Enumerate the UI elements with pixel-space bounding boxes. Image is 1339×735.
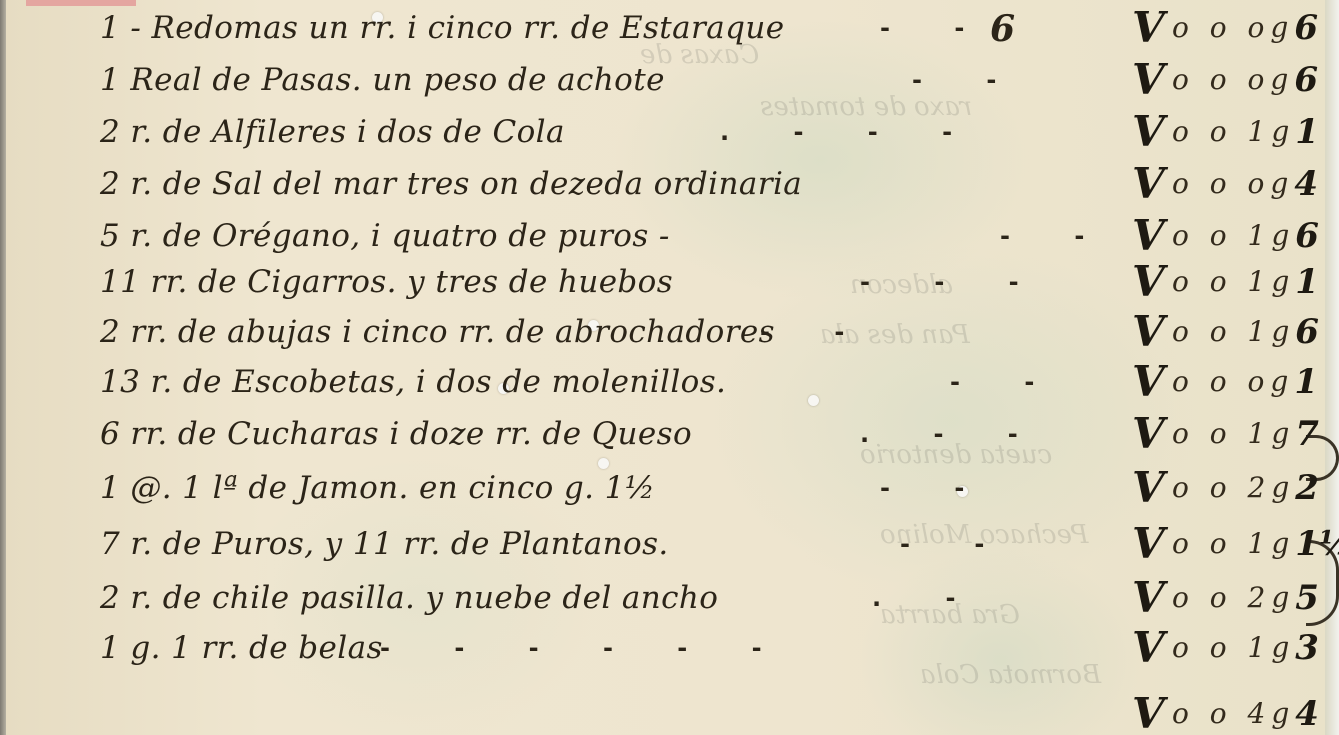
entry-dashes: - -: [1000, 212, 1112, 260]
manuscript-page: Caxas de raxo de tomates aldecon Pan des…: [0, 0, 1339, 735]
ledger-row: 1 Real de Pasas. un peso de achote - - V…: [0, 56, 1339, 104]
entry-dashes: - -: [880, 4, 992, 52]
entry-description: 1 Real de Pasas. un peso de achote: [100, 56, 665, 104]
entry-amount: Vo o 1g1: [1132, 108, 1322, 156]
entry-amount: Vo o 1g6: [1132, 308, 1322, 356]
amount-zeros: o o 2: [1172, 574, 1271, 622]
amount-separator: g: [1270, 56, 1294, 104]
entry-dashes: - - - - - -: [380, 624, 790, 672]
entry-dashes: . - -: [860, 410, 1046, 458]
checkmark-icon: V: [1132, 4, 1172, 52]
entry-amount: Vo o og6: [1132, 56, 1322, 104]
amount-value: 3: [1295, 624, 1319, 672]
entry-amount: Vo o 1g1½: [1132, 520, 1322, 568]
ledger-row: Vo o 4g4: [0, 690, 1339, 735]
checkmark-icon: V: [1132, 410, 1172, 458]
entry-amount: Vo o og6: [1132, 4, 1322, 52]
amount-value: 1: [1294, 358, 1318, 406]
ledger-row: 5 r. de Orégano, i quatro de puros - - -…: [0, 212, 1339, 260]
amount-separator: g: [1270, 4, 1294, 52]
entry-description: 2 r. de Alfileres i dos de Cola: [100, 108, 565, 156]
checkmark-icon: V: [1132, 690, 1172, 735]
checkmark-icon: V: [1132, 56, 1172, 104]
entry-description: 2 rr. de abujas i cinco rr. de abrochado…: [100, 308, 775, 356]
entry-description: 1 @. 1 lª de Jamon. en cinco g. 1½: [100, 464, 655, 512]
entry-dashes: - -: [950, 358, 1062, 406]
entry-dashes: - -: [912, 56, 1024, 104]
amount-value: 2: [1295, 464, 1319, 512]
amount-separator: g: [1271, 258, 1295, 306]
entry-amount: Vo o 2g2: [1132, 464, 1322, 512]
entry-amount: Vo o 1g7: [1132, 410, 1322, 458]
checkmark-icon: V: [1132, 160, 1172, 208]
ledger-row: 7 r. de Puros, y 11 rr. de Plantanos. - …: [0, 520, 1339, 568]
amount-value: 7: [1295, 410, 1319, 458]
amount-zeros: o o 1: [1172, 308, 1271, 356]
ledger-row: 2 r. de chile pasilla. y nuebe del ancho…: [0, 574, 1339, 622]
entry-description: 5 r. de Orégano, i quatro de puros -: [100, 212, 670, 260]
entry-dashes: - -: [880, 464, 992, 512]
entry-description: 13 r. de Escobetas, i dos de molenillos.: [100, 358, 726, 406]
checkmark-icon: V: [1132, 358, 1172, 406]
entry-dashes: . -: [872, 574, 983, 622]
amount-zeros: o o 2: [1172, 464, 1271, 512]
entry-description: 2 r. de Sal del mar tres on dezeda ordin…: [100, 160, 802, 208]
amount-separator: g: [1271, 464, 1295, 512]
amount-zeros: o o 1: [1172, 212, 1271, 260]
amount-value: 1½: [1295, 520, 1339, 568]
amount-separator: g: [1270, 160, 1294, 208]
entry-dashes: . - - -: [720, 108, 980, 156]
amount-zeros: o o o: [1172, 160, 1270, 208]
amount-separator: g: [1271, 410, 1295, 458]
amount-value: 6: [1294, 4, 1318, 52]
ledger-row: 2 r. de Alfileres i dos de Cola . - - - …: [0, 108, 1339, 156]
amount-separator: g: [1271, 574, 1295, 622]
amount-zeros: o o 1: [1172, 624, 1271, 672]
amount-value: 1: [1295, 258, 1319, 306]
entry-amount: Vo o 1g3: [1132, 624, 1322, 672]
amount-zeros: o o 1: [1172, 410, 1271, 458]
entry-amount: Vo o 4g4: [1132, 690, 1322, 735]
amount-value: 6: [1295, 308, 1319, 356]
checkmark-icon: V: [1132, 574, 1172, 622]
amount-separator: g: [1271, 212, 1295, 260]
amount-value: 4: [1294, 160, 1318, 208]
entry-description: 11 rr. de Cigarros. y tres de huebos: [100, 258, 673, 306]
entry-amount: Vo o 2g5: [1132, 574, 1322, 622]
checkmark-icon: V: [1132, 464, 1172, 512]
amount-zeros: o o 1: [1172, 108, 1271, 156]
amount-separator: g: [1271, 108, 1295, 156]
ledger-row: 6 rr. de Cucharas i doze rr. de Queso . …: [0, 410, 1339, 458]
entry-amount: Vo o og1: [1132, 358, 1322, 406]
entry-description: 1 - Redomas un rr. i cinco rr. de Estara…: [100, 4, 784, 52]
amount-value: 1: [1295, 108, 1319, 156]
amount-zeros: o o 1: [1172, 520, 1271, 568]
entry-amount: Vo o 1g1: [1132, 258, 1322, 306]
entry-description: 7 r. de Puros, y 11 rr. de Plantanos.: [100, 520, 669, 568]
ledger-row: 1 @. 1 lª de Jamon. en cinco g. 1½ - - V…: [0, 464, 1339, 512]
entry-dashes: - - -: [860, 258, 1047, 306]
ledger-entries: 1 - Redomas un rr. i cinco rr. de Estara…: [0, 0, 1339, 735]
entry-dashes: - -: [760, 308, 872, 356]
entry-description: 2 r. de chile pasilla. y nuebe del ancho: [100, 574, 718, 622]
ledger-row: 1 - Redomas un rr. i cinco rr. de Estara…: [0, 4, 1339, 52]
ledger-row: 1 g. 1 rr. de belas - - - - - - Vo o 1g3: [0, 624, 1339, 672]
entry-amount: Vo o og4: [1132, 160, 1322, 208]
checkmark-icon: V: [1132, 212, 1172, 260]
amount-value: 6: [1294, 56, 1318, 104]
amount-zeros: o o o: [1172, 358, 1270, 406]
checkmark-icon: V: [1132, 258, 1172, 306]
amount-zeros: o o o: [1172, 4, 1270, 52]
amount-separator: g: [1271, 520, 1295, 568]
amount-value: 6: [1295, 212, 1319, 260]
amount-zeros: o o 1: [1172, 258, 1271, 306]
ledger-row: 2 rr. de abujas i cinco rr. de abrochado…: [0, 308, 1339, 356]
amount-zeros: o o o: [1172, 56, 1270, 104]
amount-separator: g: [1271, 624, 1295, 672]
ledger-row: 13 r. de Escobetas, i dos de molenillos.…: [0, 358, 1339, 406]
amount-value: 4: [1295, 690, 1319, 735]
checkmark-icon: V: [1132, 520, 1172, 568]
amount-zeros: o o 4: [1172, 690, 1271, 735]
checkmark-icon: V: [1132, 624, 1172, 672]
amount-separator: g: [1270, 358, 1294, 406]
entry-amount: Vo o 1g6: [1132, 212, 1322, 260]
ledger-row: 11 rr. de Cigarros. y tres de huebos - -…: [0, 258, 1339, 306]
entry-description: 6 rr. de Cucharas i doze rr. de Queso: [100, 410, 692, 458]
amount-value: 5: [1295, 574, 1319, 622]
checkmark-icon: V: [1132, 308, 1172, 356]
entry-dashes: - -: [900, 520, 1012, 568]
entry-description: 1 g. 1 rr. de belas: [100, 624, 383, 672]
ledger-row: 2 r. de Sal del mar tres on dezeda ordin…: [0, 160, 1339, 208]
checkmark-icon: V: [1132, 108, 1172, 156]
amount-separator: g: [1271, 690, 1295, 735]
amount-separator: g: [1271, 308, 1295, 356]
